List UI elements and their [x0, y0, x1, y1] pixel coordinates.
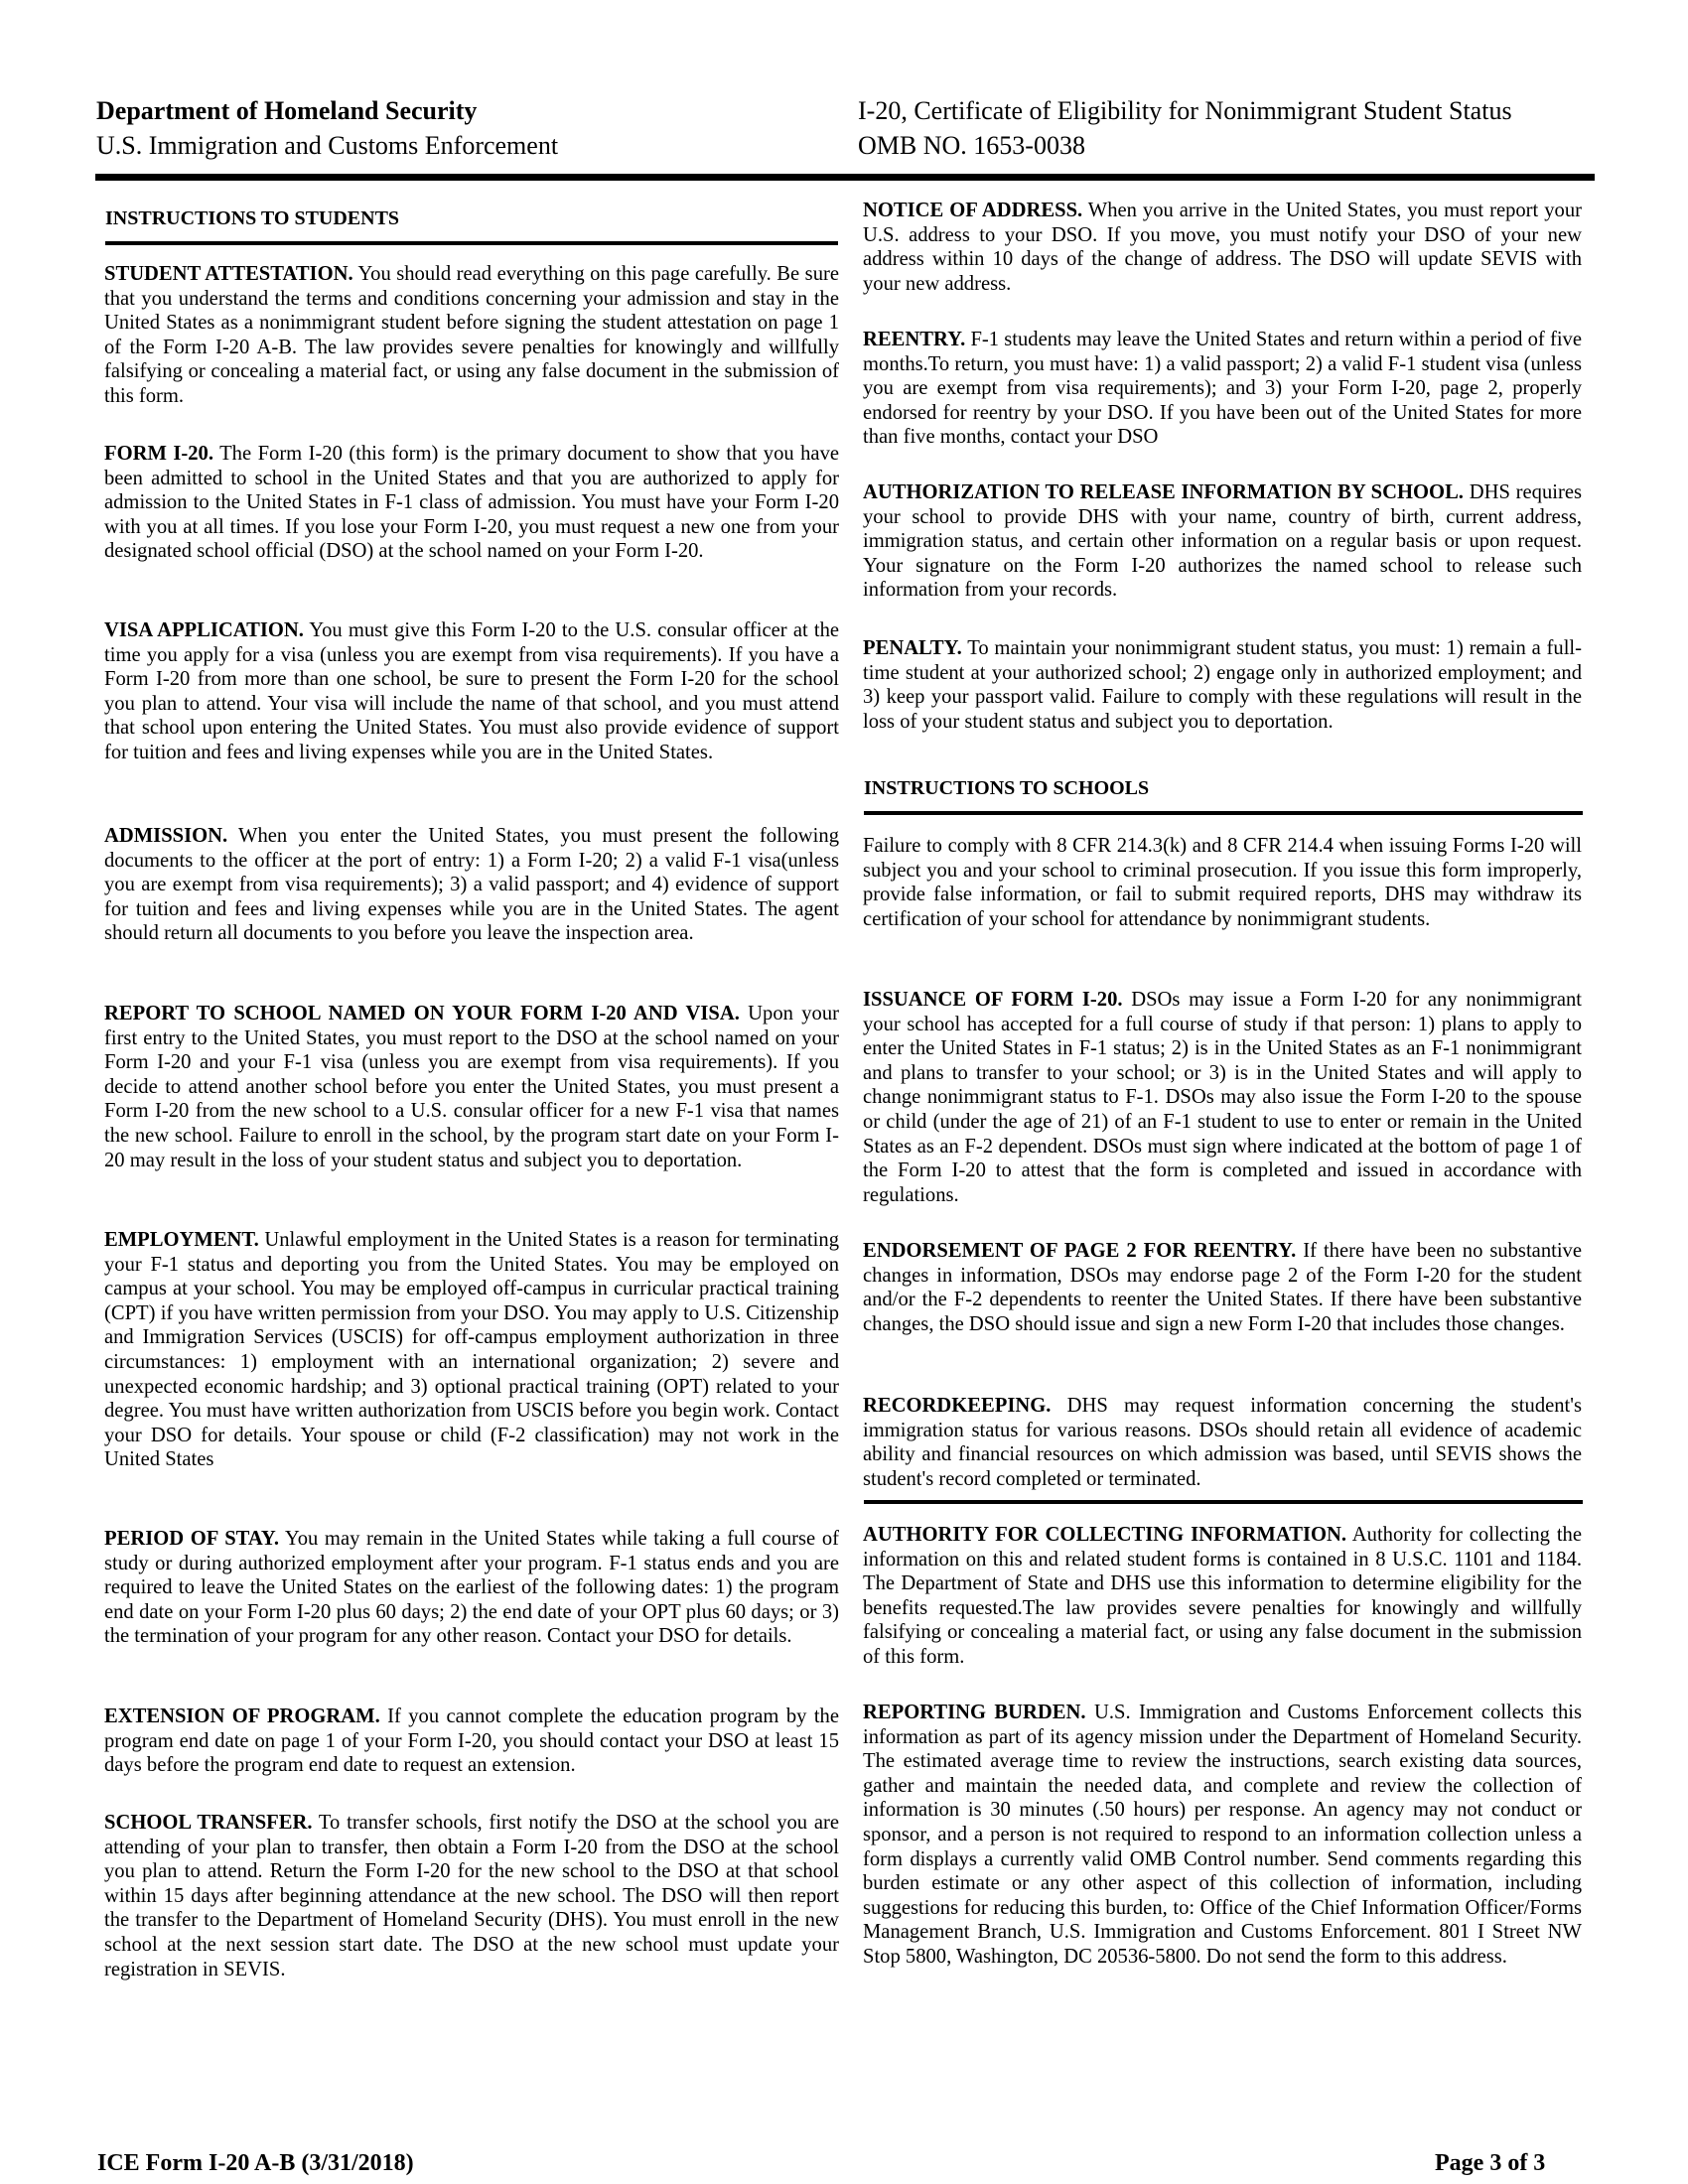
header-rule: [95, 174, 1595, 181]
omb-number: OMB NO. 1653-0038: [858, 131, 1085, 161]
section-title: EMPLOYMENT.: [104, 1229, 259, 1251]
section-body: Unlawful employment in the United States…: [104, 1229, 839, 1470]
section-student-attestation: STUDENT ATTESTATION. You should read eve…: [104, 262, 839, 409]
section-body: DSOs may issue a Form I-20 for any nonim…: [863, 989, 1582, 1206]
section-title: NOTICE OF ADDRESS.: [863, 200, 1082, 221]
section-visa-application: VISA APPLICATION. You must give this For…: [104, 618, 839, 765]
section-penalty: PENALTY. To maintain your nonimmigrant s…: [863, 636, 1582, 734]
section-body: F-1 students may leave the United States…: [863, 329, 1582, 448]
section-report-to-school: REPORT TO SCHOOL NAMED ON YOUR FORM I-20…: [104, 1002, 839, 1172]
section-authority: AUTHORITY FOR COLLECTING INFORMATION. Au…: [863, 1523, 1582, 1670]
section-recordkeeping: RECORDKEEPING. DHS may request informati…: [863, 1394, 1582, 1491]
section-notice-of-address: NOTICE OF ADDRESS. When you arrive in th…: [863, 199, 1582, 296]
section-title: AUTHORITY FOR COLLECTING INFORMATION.: [863, 1524, 1346, 1546]
section-title: PENALTY.: [863, 637, 962, 659]
agency-name: Department of Homeland Security: [96, 96, 477, 126]
section-reporting-burden: REPORTING BURDEN. U.S. Immigration and C…: [863, 1701, 1582, 1970]
section-extension-of-program: EXTENSION OF PROGRAM. If you cannot comp…: [104, 1705, 839, 1778]
section-employment: EMPLOYMENT. Unlawful employment in the U…: [104, 1228, 839, 1472]
section-form-i20: FORM I-20. The Form I-20 (this form) is …: [104, 442, 839, 564]
students-heading-rule: [105, 241, 838, 245]
section-issuance-of-form: ISSUANCE OF FORM I-20. DSOs may issue a …: [863, 988, 1582, 1207]
footer-page-number: Page 3 of 3: [1435, 2150, 1545, 2177]
section-title: STUDENT ATTESTATION.: [104, 263, 353, 285]
schools-heading: INSTRUCTIONS TO SCHOOLS: [864, 777, 1149, 800]
section-body: Failure to comply with 8 CFR 214.3(k) an…: [863, 835, 1582, 930]
section-period-of-stay: PERIOD OF STAY. You may remain in the Un…: [104, 1527, 839, 1649]
section-body: To maintain your nonimmigrant student st…: [863, 637, 1582, 733]
section-body: Upon your first entry to the United Stat…: [104, 1003, 839, 1171]
section-admission: ADMISSION. When you enter the United Sta…: [104, 824, 839, 946]
form-title: I-20, Certificate of Eligibility for Non…: [858, 96, 1512, 126]
section-title: RECORDKEEPING.: [863, 1395, 1051, 1417]
section-title: REENTRY.: [863, 329, 965, 350]
sub-agency-name: U.S. Immigration and Customs Enforcement: [96, 131, 558, 161]
students-heading: INSTRUCTIONS TO STUDENTS: [105, 207, 399, 230]
section-title: SCHOOL TRANSFER.: [104, 1812, 313, 1834]
section-title: FORM I-20.: [104, 443, 213, 465]
schools-heading-rule: [864, 811, 1583, 815]
section-title: ENDORSEMENT OF PAGE 2 FOR REENTRY.: [863, 1240, 1296, 1262]
section-title: AUTHORIZATION TO RELEASE INFORMATION BY …: [863, 481, 1464, 503]
section-title: ADMISSION.: [104, 825, 227, 847]
section-title: EXTENSION OF PROGRAM.: [104, 1706, 380, 1727]
section-schools-intro: Failure to comply with 8 CFR 214.3(k) an…: [863, 834, 1582, 931]
footer-form-id: ICE Form I-20 A-B (3/31/2018): [97, 2150, 414, 2177]
section-body: U.S. Immigration and Customs Enforcement…: [863, 1702, 1582, 1968]
section-title: REPORT TO SCHOOL NAMED ON YOUR FORM I-20…: [104, 1003, 740, 1024]
section-school-transfer: SCHOOL TRANSFER. To transfer schools, fi…: [104, 1811, 839, 1981]
section-body: The Form I-20 (this form) is the primary…: [104, 443, 839, 562]
section-title: REPORTING BURDEN.: [863, 1702, 1086, 1723]
section-title: VISA APPLICATION.: [104, 619, 304, 641]
section-reentry: REENTRY. F-1 students may leave the Unit…: [863, 328, 1582, 450]
section-authorization-release: AUTHORIZATION TO RELEASE INFORMATION BY …: [863, 480, 1582, 603]
section-title: PERIOD OF STAY.: [104, 1528, 279, 1550]
section-body: To transfer schools, first notify the DS…: [104, 1812, 839, 1980]
section-title: ISSUANCE OF FORM I-20.: [863, 989, 1123, 1011]
legal-rule: [864, 1500, 1583, 1504]
section-endorsement: ENDORSEMENT OF PAGE 2 FOR REENTRY. If th…: [863, 1239, 1582, 1336]
